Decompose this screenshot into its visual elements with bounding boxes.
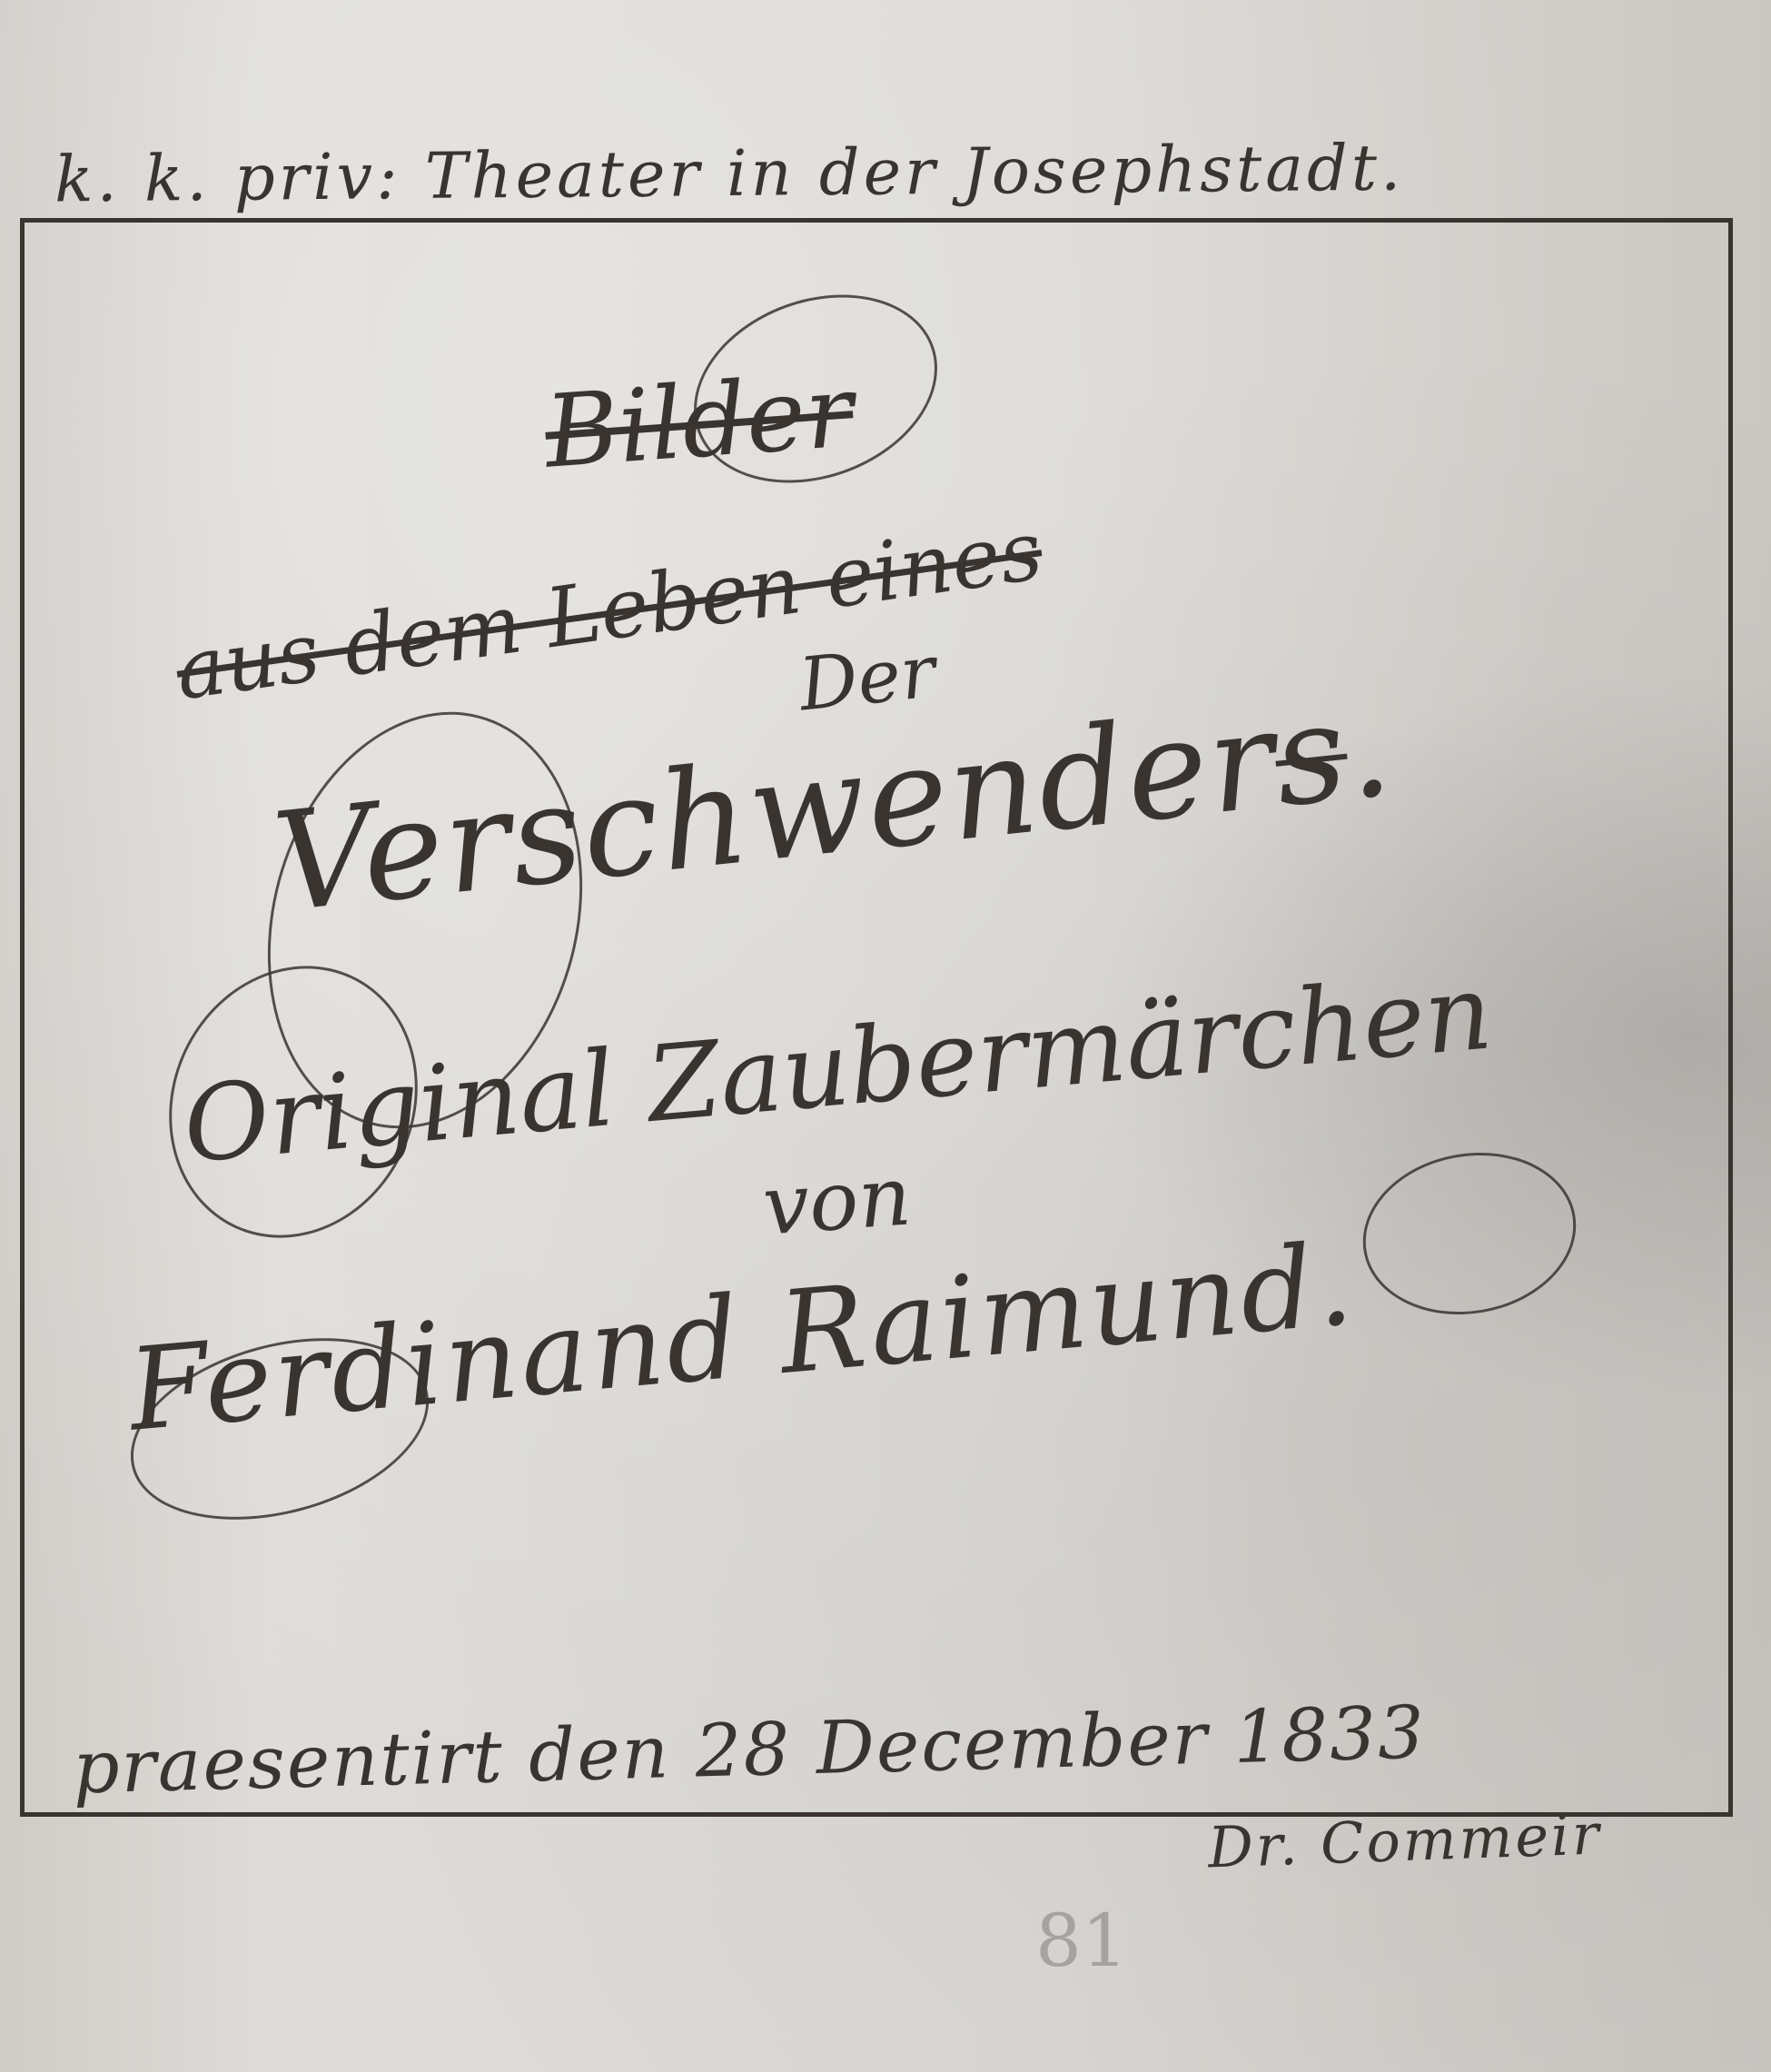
censor-signature: Dr. Commeir — [1207, 1800, 1603, 1880]
theater-header: k. k. priv: Theater in der Josephstadt. — [54, 131, 1405, 217]
pencil-page-number: 81 — [1035, 1899, 1128, 1983]
struck-title-bilder: Bilder — [541, 352, 856, 490]
inserted-article-der: Der — [796, 629, 940, 727]
by-line: von — [760, 1148, 915, 1254]
